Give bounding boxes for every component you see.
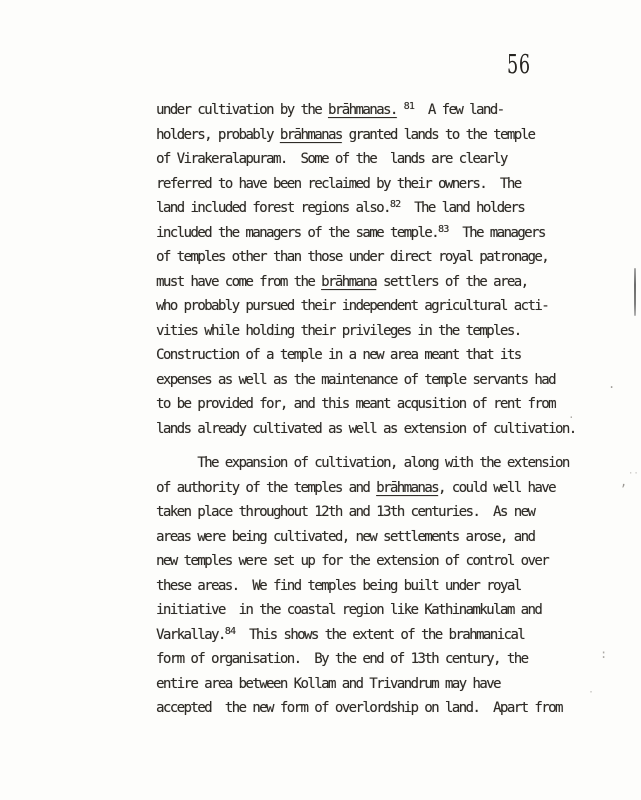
text-segment: new temples were set up for the extensio… xyxy=(156,553,548,569)
footnote-ref: 83 xyxy=(438,224,448,235)
text-line: of temples other than those under direct… xyxy=(156,245,596,270)
text-segment: to be provided for, and this meant acqus… xyxy=(156,396,555,412)
underlined-term: brāhmanas xyxy=(376,480,438,496)
text-segment: included the managers of the same temple… xyxy=(156,225,438,241)
text-segment: A few land- xyxy=(414,102,503,118)
text-line: new temples were set up for the extensio… xyxy=(156,549,596,574)
page-number: 56 xyxy=(507,50,531,80)
text-line: included the managers of the same temple… xyxy=(156,221,596,246)
footnote-ref: 82 xyxy=(390,199,400,210)
text-line: of Virakeralapuram. Some of the lands ar… xyxy=(156,147,596,172)
text-segment: The managers xyxy=(448,225,544,241)
underlined-term: brāhmanas. xyxy=(328,102,397,118)
text-segment: granted lands to the temple xyxy=(342,127,535,143)
text-line: expenses as well as the maintenance of t… xyxy=(156,368,596,393)
text-line: referred to have been reclaimed by their… xyxy=(156,172,596,197)
text-segment: land included forest regions also. xyxy=(156,200,390,216)
text-segment: of authority of the temples and xyxy=(156,480,376,496)
text-block: under cultivation by the brāhmanas. 81 A… xyxy=(156,98,596,721)
text-line: land included forest regions also.82 The… xyxy=(156,196,596,221)
text-segment: under cultivation by the xyxy=(156,102,328,118)
text-segment: Varkallay. xyxy=(156,627,225,643)
scan-speck: ` xyxy=(491,683,499,697)
footnote-ref: 84 xyxy=(225,626,235,637)
text-segment: This shows the extent of the brahmanical xyxy=(235,627,524,643)
text-line: to be provided for, and this meant acqus… xyxy=(156,392,596,417)
footnote-ref: 81 xyxy=(404,101,414,112)
underlined-term: brāhmana xyxy=(321,274,376,290)
scan-speck: , xyxy=(620,476,627,488)
scan-speck: : xyxy=(600,648,607,660)
text-segment: expenses as well as the maintenance of t… xyxy=(156,372,555,388)
text-segment: Construction of a temple in a new area m… xyxy=(156,347,521,363)
text-segment: areas were being cultivated, new settlem… xyxy=(156,529,534,545)
text-line: lands already cultivated as well as exte… xyxy=(156,417,596,442)
text-line: form of organisation. By the end of 13th… xyxy=(156,647,596,672)
text-segment: who probably pursued their independent a… xyxy=(156,298,548,314)
scan-speck: ·· xyxy=(628,470,639,479)
text-segment xyxy=(397,102,404,118)
text-segment: holders, probably xyxy=(156,127,280,143)
text-line: accepted the new form of overlordship on… xyxy=(156,696,596,721)
text-segment: of temples other than those under direct… xyxy=(156,249,548,265)
text-line: The expansion of cultivation, along with… xyxy=(156,451,596,476)
text-segment: must have come from the xyxy=(156,274,321,290)
text-segment: The land holders xyxy=(400,200,524,216)
text-segment: referred to have been reclaimed by their… xyxy=(156,176,521,192)
text-line: holders, probably brāhmanas granted land… xyxy=(156,123,596,148)
scan-speck: . xyxy=(608,378,615,390)
text-segment: initiative in the coastal region like Ka… xyxy=(156,602,541,618)
text-segment: taken place throughout 12th and 13th cen… xyxy=(156,504,534,520)
text-segment: , could well have xyxy=(438,480,555,496)
text-segment: these areas. We find temples being built… xyxy=(156,578,521,594)
text-line: these areas. We find temples being built… xyxy=(156,574,596,599)
text-line: who probably pursued their independent a… xyxy=(156,294,596,319)
paragraph: under cultivation by the brāhmanas. 81 A… xyxy=(156,98,596,441)
text-line: initiative in the coastal region like Ka… xyxy=(156,598,596,623)
text-line: Varkallay.84 This shows the extent of th… xyxy=(156,623,596,648)
text-segment: accepted the new form of overlordship on… xyxy=(156,700,562,716)
text-segment: vities while holding their privileges in… xyxy=(156,323,521,339)
paragraph: The expansion of cultivation, along with… xyxy=(156,451,596,721)
scan-speck: · xyxy=(588,688,594,698)
text-line: Construction of a temple in a new area m… xyxy=(156,343,596,368)
text-line: must have come from the brāhmana settler… xyxy=(156,270,596,295)
text-segment: entire area between Kollam and Trivandru… xyxy=(156,676,500,692)
text-segment: lands already cultivated as well as exte… xyxy=(156,421,576,437)
text-line: areas were being cultivated, new settlem… xyxy=(156,525,596,550)
text-segment: settlers of the area, xyxy=(376,274,527,290)
document-page: 56 under cultivation by the brāhmanas. 8… xyxy=(0,0,641,800)
text-line: of authority of the temples and brāhmana… xyxy=(156,476,596,501)
text-segment: The expansion of cultivation, along with… xyxy=(156,455,569,471)
underlined-term: brāhmanas xyxy=(280,127,342,143)
text-line: vities while holding their privileges in… xyxy=(156,319,596,344)
text-line: under cultivation by the brāhmanas. 81 A… xyxy=(156,98,596,123)
scan-speck: · xyxy=(568,412,575,423)
text-line: entire area between Kollam and Trivandru… xyxy=(156,672,596,697)
scan-edge-streak xyxy=(634,268,636,316)
text-segment: of Virakeralapuram. Some of the lands ar… xyxy=(156,151,507,167)
text-segment: form of organisation. By the end of 13th… xyxy=(156,651,527,667)
text-line: taken place throughout 12th and 13th cen… xyxy=(156,500,596,525)
